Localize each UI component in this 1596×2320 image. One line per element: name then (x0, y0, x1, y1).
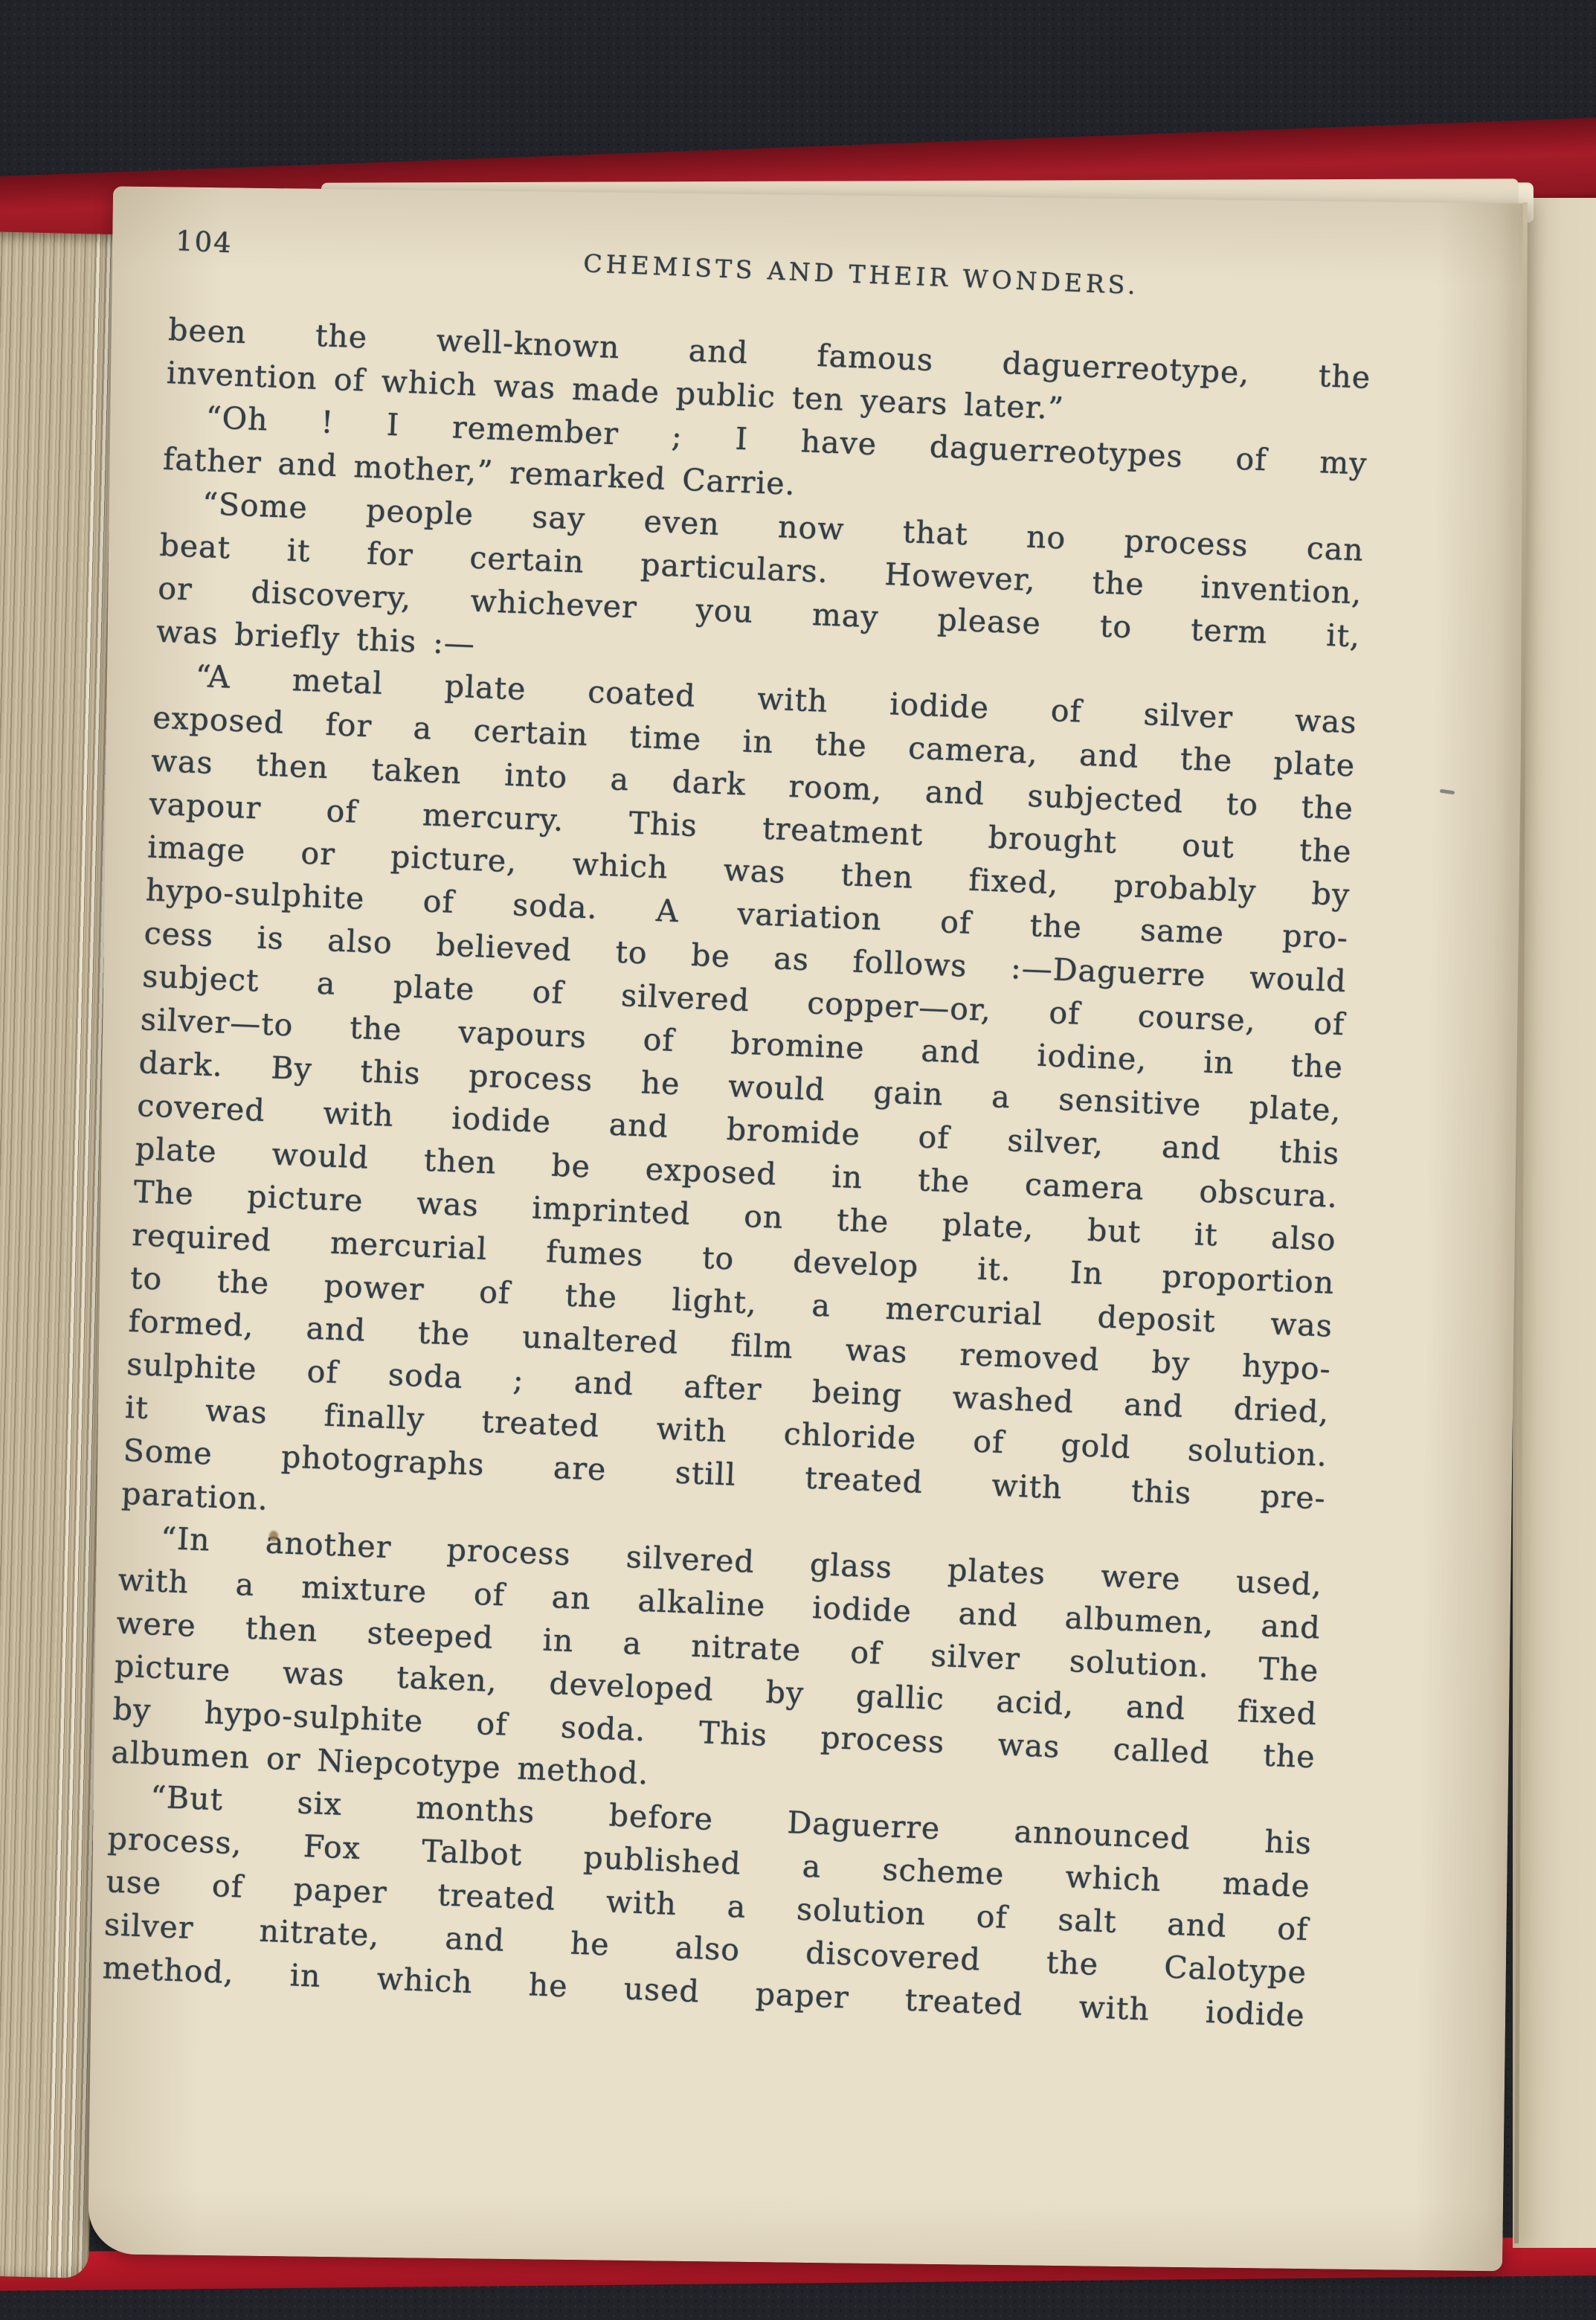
page-number: 104 (175, 225, 233, 259)
paper-speck (269, 1531, 278, 1541)
book-photo: 104 CHEMISTS AND THEIR WONDERS. been the… (0, 0, 1596, 2320)
printed-text: 104 CHEMISTS AND THEIR WONDERS. been the… (102, 225, 1375, 2037)
